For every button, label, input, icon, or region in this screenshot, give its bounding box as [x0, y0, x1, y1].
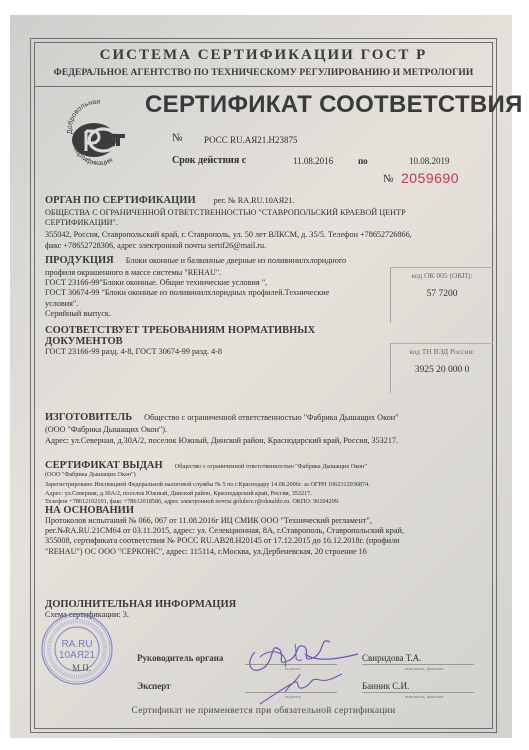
- certificate-number-label: №: [172, 132, 183, 144]
- conformity-text: ГОСТ 23166-99 разд. 4-8, ГОСТ 30674-99 р…: [45, 347, 385, 357]
- manufacturer-heading: ИЗГОТОВИТЕЛЬ: [45, 412, 132, 423]
- issued-to-line: Зарегистрировано Инспекцией Федеральной …: [45, 481, 485, 489]
- head-name: Свиридова Т.А.: [362, 653, 421, 663]
- product-section: ПРОДУКЦИЯ Блоки оконные и балконные двер…: [45, 250, 385, 319]
- expert-label: Эксперт: [137, 681, 171, 691]
- official-seal-stamp-icon: RA.RU 10АЯ21: [40, 612, 114, 686]
- handwritten-signature-icon: [240, 632, 360, 707]
- issued-to-line: Адрес: ул.Северная, д.30А/2, поселок Южн…: [45, 490, 485, 498]
- product-line: ГОСТ 23166-99"Блоки оконные. Общие техни…: [45, 278, 385, 288]
- certification-body-section: ОРГАН ПО СЕРТИФИКАЦИИ рег. № RA.RU.10АЯ2…: [45, 190, 485, 251]
- manufacturer-line: (ООО "Фабрика Дышащих Окон").: [45, 425, 485, 435]
- okp-code-value: 57 7200: [391, 289, 493, 299]
- conformity-heading: СООТВЕТСТВУЕТ ТРЕБОВАНИЯМ НОРМАТИВНЫХ ДО…: [45, 325, 385, 347]
- certification-body-line: СЕРТИФИКАЦИИ".: [45, 218, 485, 228]
- header-divider: [34, 86, 493, 87]
- valid-from-date: 11.08.2016: [293, 156, 333, 166]
- basis-section: НА ОСНОВАНИИ Протоколов испытаний № 066,…: [45, 505, 485, 557]
- rst-voluntary-certification-logo-icon: Добровольная сертификация: [64, 100, 130, 172]
- issued-to-line: Общество с ограниченной ответственностью…: [175, 463, 367, 470]
- certification-body-line: 355042, Россия, Ставропольский край, г. …: [45, 230, 485, 240]
- product-line: условия".: [45, 299, 385, 309]
- basis-line: 355008, сертификата соответствия № РОСС …: [45, 536, 485, 546]
- expert-name-caption: инициалы, фамилия: [405, 694, 444, 699]
- certificate-number: РОСС RU.АЯ21.Н23875: [204, 135, 298, 145]
- certification-body-line: ОБЩЕСТВА С ОГРАНИЧЕННОЙ ОТВЕТСТВЕННОСТЬЮ…: [45, 208, 485, 218]
- system-title: СИСТЕМА СЕРТИФИКАЦИИ ГОСТ Р: [34, 47, 493, 64]
- expert-name-line: [362, 692, 474, 693]
- okp-code-label: код ОК 005 (ОКП):: [391, 271, 493, 280]
- tnved-code-value: 3925 20 000 0: [391, 365, 493, 375]
- tnved-code-label: код ТН ВЭД России:: [391, 347, 493, 356]
- head-name-caption: инициалы, фамилия: [405, 666, 444, 671]
- additional-info-heading: ДОПОЛНИТЕЛЬНАЯ ИНФОРМАЦИЯ: [45, 599, 345, 610]
- issued-to-heading: СЕРТИФИКАТ ВЫДАН: [45, 460, 163, 471]
- product-line: ГОСТ 30674-99 "Блоки оконные из поливини…: [45, 288, 385, 298]
- basis-line: рег.№RA.RU.21СМ64 от 03.11.2015, адрес: …: [45, 526, 485, 536]
- product-line: профиля окрашенного в массе системы "REH…: [45, 268, 385, 278]
- conformity-section: СООТВЕТСТВУЕТ ТРЕБОВАНИЯМ НОРМАТИВНЫХ ДО…: [45, 325, 385, 357]
- manufacturer-section: ИЗГОТОВИТЕЛЬ Общество с ограниченной отв…: [45, 407, 485, 446]
- basis-line: "REHAU") ОС ООО "СЕРКОНС", адрес: 115114…: [45, 547, 485, 557]
- expert-name: Банник С.И.: [362, 681, 409, 691]
- head-of-body-label: Руководитель органа: [137, 653, 223, 663]
- certificate-title: СЕРТИФИКАТ СООТВЕТСТВИЯ: [145, 91, 523, 119]
- product-heading: ПРОДУКЦИЯ: [45, 255, 114, 266]
- product-line: Блоки оконные и балконные дверные из пол…: [126, 256, 346, 265]
- validity-to-label: по: [358, 156, 368, 166]
- serial-number: 2059690: [401, 170, 459, 186]
- manufacturer-line: Общество с ограниченной ответственностью…: [144, 413, 398, 422]
- head-name-line: [362, 664, 474, 665]
- validity-label: Срок действия с: [172, 155, 246, 166]
- seal-place-label: М.П.: [72, 663, 91, 673]
- manufacturer-line: Адрес: ул.Северная, д.30А/2, поселок Южн…: [45, 436, 485, 446]
- certification-body-heading: ОРГАН ПО СЕРТИФИКАЦИИ: [45, 195, 196, 206]
- svg-text:10АЯ21: 10АЯ21: [59, 650, 96, 661]
- agency-name: ФЕДЕРАЛЬНОЕ АГЕНТСТВО ПО ТЕХНИЧЕСКОМУ РЕ…: [34, 68, 493, 78]
- serial-number-label: №: [383, 173, 394, 185]
- issued-to-section: СЕРТИФИКАТ ВЫДАН Общество с ограниченной…: [45, 455, 485, 507]
- okp-code-box: код ОК 005 (ОКП): 57 7200: [390, 267, 493, 323]
- product-line: Серийный выпуск.: [45, 309, 385, 319]
- tnved-code-box: код ТН ВЭД России: 3925 20 000 0: [390, 343, 493, 393]
- footer-note: Сертификат не применяется при обязательн…: [34, 706, 493, 716]
- basis-line: Протоколов испытаний № 066, 067 от 11.08…: [45, 516, 485, 526]
- certification-body-reg: рег. № RA.RU.10АЯ21.: [214, 196, 295, 205]
- valid-to-date: 10.08.2019: [409, 156, 450, 166]
- basis-heading: НА ОСНОВАНИИ: [45, 505, 485, 516]
- svg-text:RA.RU: RA.RU: [61, 639, 92, 650]
